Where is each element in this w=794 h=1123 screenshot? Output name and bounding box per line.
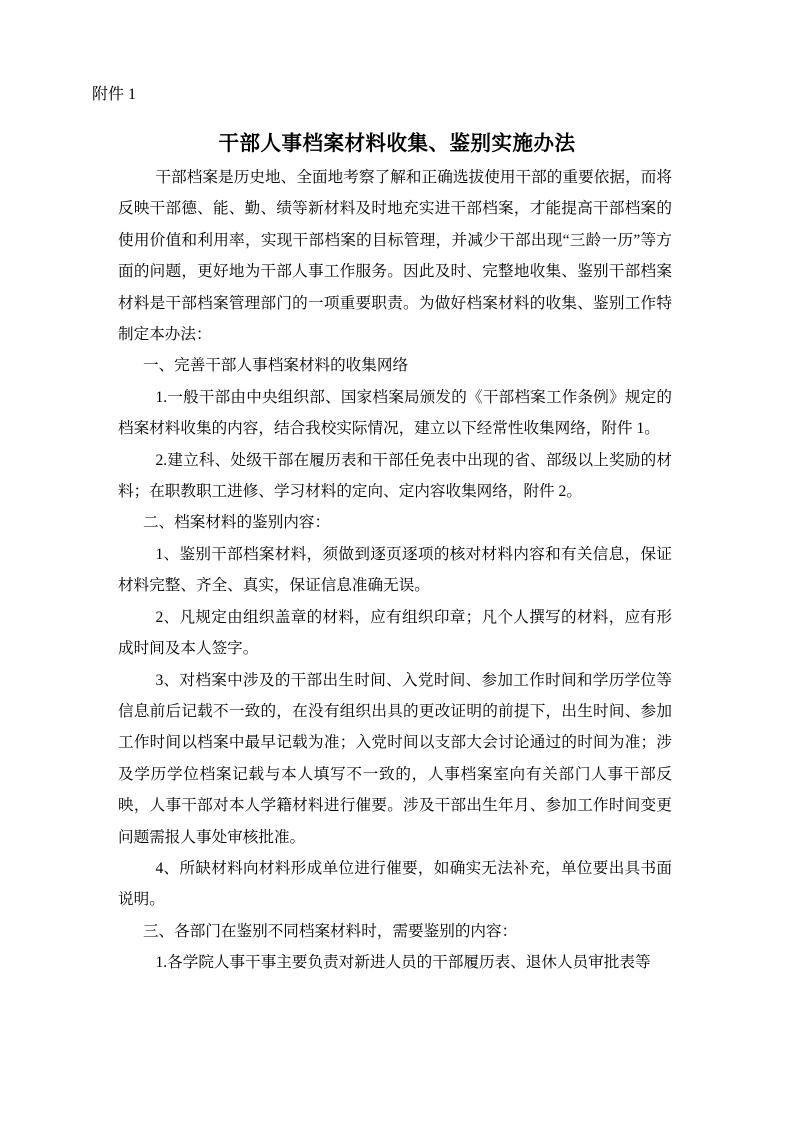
body-paragraph: 2.建立科、处级干部在履历表和干部任免表中出现的省、部级以上奖励的材料；在职教职… bbox=[118, 445, 672, 508]
body-paragraph: 1.各学院人事干事主要负责对新进人员的干部履历表、退休人员审批表等 bbox=[118, 947, 672, 978]
document-page: 附件 1 干部人事档案材料收集、鉴别实施办法 干部档案是历史地、全面地考察了解和… bbox=[0, 0, 794, 1123]
body-paragraph: 干部档案是历史地、全面地考察了解和正确选拔使用干部的重要依据，而将反映干部德、能… bbox=[118, 162, 672, 350]
attachment-label: 附件 1 bbox=[92, 84, 136, 106]
body-paragraph: 1.一般干部由中央组织部、国家档案局颁发的《干部档案工作条例》规定的档案材料收集… bbox=[118, 382, 672, 445]
document-title: 干部人事档案材料收集、鉴别实施办法 bbox=[0, 131, 794, 158]
body-paragraph: 2、凡规定由组织盖章的材料，应有组织印章；凡个人撰写的材料，应有形成时间及本人签… bbox=[118, 602, 672, 665]
body-paragraph: 4、所缺材料向材料形成单位进行催要，如确实无法补充，单位要出具书面说明。 bbox=[118, 853, 672, 916]
body-paragraph: 3、对档案中涉及的干部出生时间、入党时间、参加工作时间和学历学位等信息前后记载不… bbox=[118, 665, 672, 853]
section-heading: 一、完善干部人事档案材料的收集网络 bbox=[118, 350, 672, 381]
document-body: 干部档案是历史地、全面地考察了解和正确选拔使用干部的重要依据，而将反映干部德、能… bbox=[118, 162, 672, 979]
body-paragraph: 1、鉴别干部档案材料，须做到逐页逐项的核对材料内容和有关信息，保证材料完整、齐全… bbox=[118, 539, 672, 602]
section-heading: 三、各部门在鉴别不同档案材料时，需要鉴别的内容： bbox=[118, 916, 672, 947]
section-heading: 二、档案材料的鉴别内容： bbox=[118, 507, 672, 538]
